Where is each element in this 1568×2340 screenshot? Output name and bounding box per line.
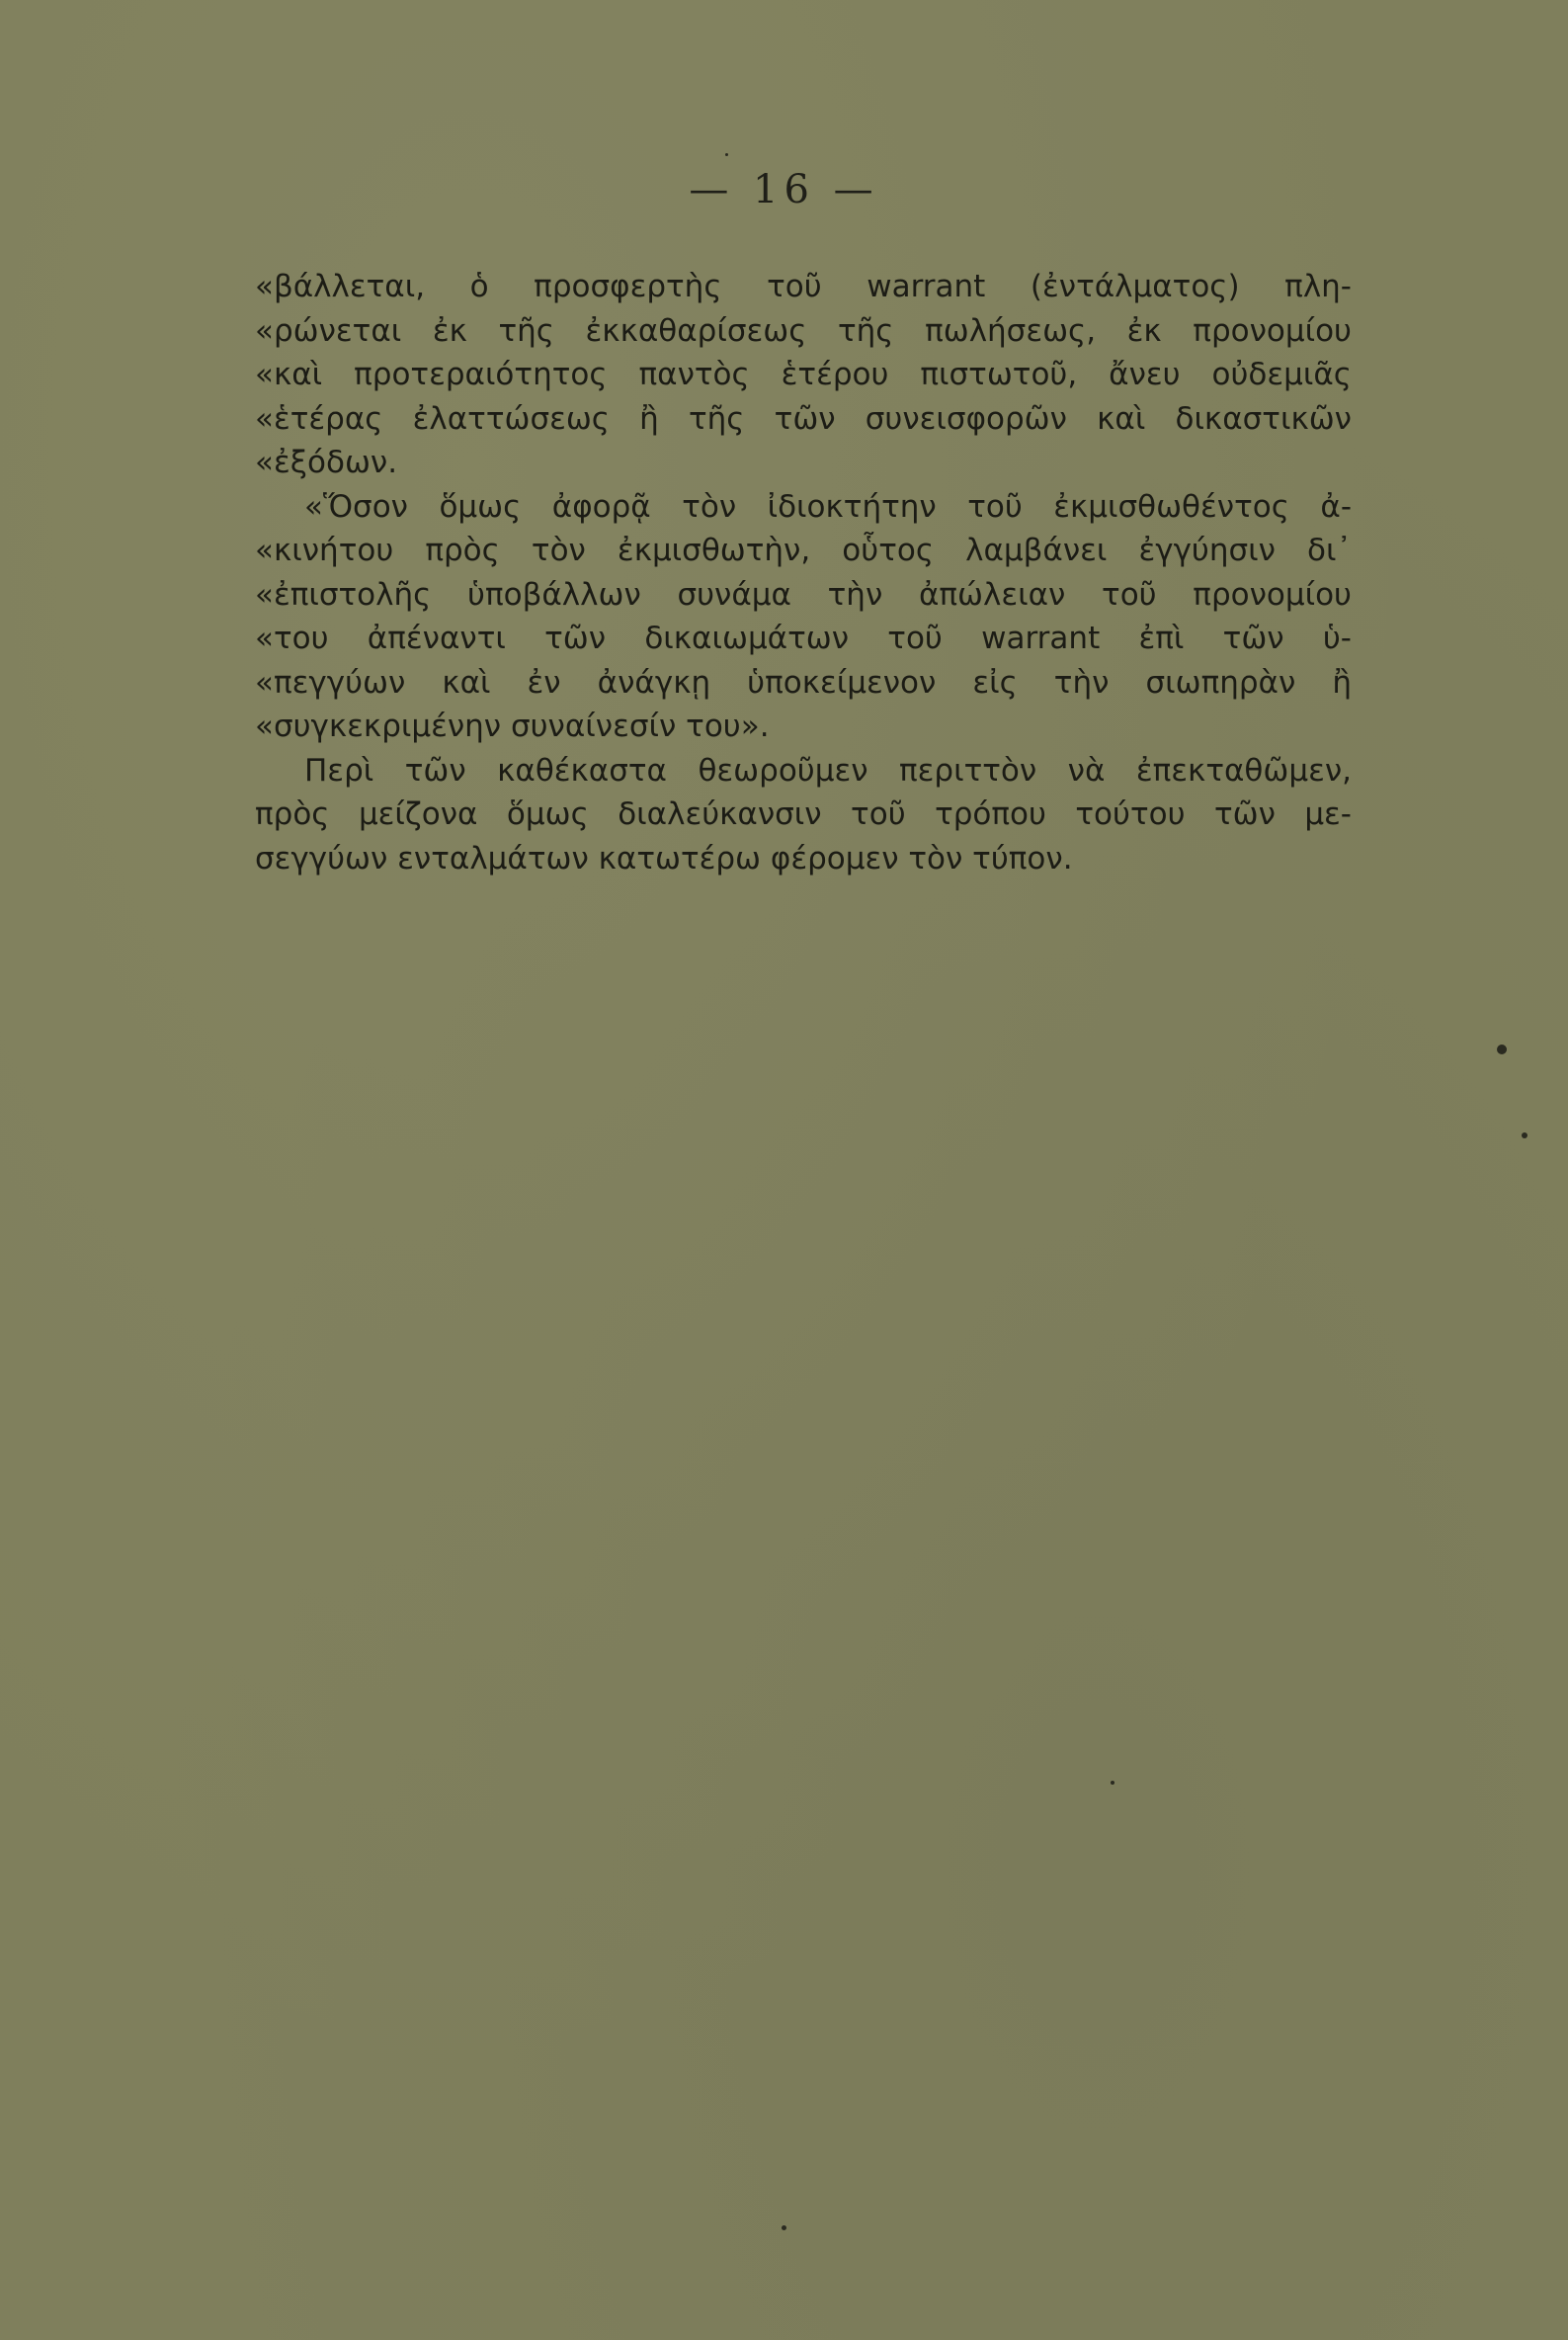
text-line: «ἑτέρας ἐλαττώσεως ἢ τῆς τῶν συνεισφορῶν… — [255, 397, 1352, 442]
text-line: Περὶ τῶν καθέκαστα θεωροῦμεν περιττὸν νὰ… — [255, 749, 1352, 794]
text-line: σεγγύων ενταλμάτων κατωτέρω φέρομεν τὸν … — [255, 837, 1352, 881]
text-line: «ἐξόδων. — [255, 441, 1352, 485]
paragraph-quote-continued: «βάλλεται, ὁ προσφερτὴς τοῦ warrant (ἐντ… — [255, 265, 1352, 485]
paper-speck-mark — [1522, 1132, 1527, 1138]
text-line: «κινήτου πρὸς τὸν ἐκμισθωτὴν, οὗτος λαμβ… — [255, 529, 1352, 573]
text-line: «ρώνεται ἐκ τῆς ἐκκαθαρίσεως τῆς πωλήσεω… — [255, 309, 1352, 354]
paragraph-conclusion: Περὶ τῶν καθέκαστα θεωροῦμεν περιττὸν νὰ… — [255, 749, 1352, 881]
text-line: «καὶ προτεραιότητος παντὸς ἑτέρου πιστωτ… — [255, 353, 1352, 397]
document-page: — 16 — «βάλλεται, ὁ προσφερτὴς τοῦ warra… — [0, 0, 1568, 2340]
page-number: — 16 — — [0, 170, 1568, 209]
paper-speck-mark — [782, 2225, 786, 2230]
text-line: «του ἀπέναντι τῶν δικαιωμάτων τοῦ warran… — [255, 617, 1352, 661]
body-text: «βάλλεται, ὁ προσφερτὴς τοῦ warrant (ἐντ… — [255, 265, 1352, 880]
paper-speck-mark — [1111, 1781, 1114, 1785]
paper-speck-mark — [725, 153, 728, 156]
text-line-segment: «βάλλεται, ὁ προσφερτὴς τοῦ warrant (ἐντ… — [255, 269, 1352, 304]
text-line: «ἐπιστολῆς ὑποβάλλων συνάμα τὴν ἀπώλειαν… — [255, 573, 1352, 618]
paper-speck-mark — [1497, 1045, 1507, 1054]
text-line: «συγκεκριμένην συναίνεσίν του». — [255, 705, 1352, 749]
text-line: «Ὅσον ὅμως ἀφορᾷ τὸν ἰδιοκτήτην τοῦ ἐκμι… — [255, 485, 1352, 530]
text-line: πρὸς μείζονα ὅμως διαλεύκανσιν τοῦ τρόπο… — [255, 793, 1352, 837]
paragraph-landlord-guarantee: «Ὅσον ὅμως ἀφορᾷ τὸν ἰδιοκτήτην τοῦ ἐκμι… — [255, 485, 1352, 749]
text-line: «πεγγύων καὶ ἐν ἀνάγκῃ ὑποκείμενον εἰς τ… — [255, 661, 1352, 706]
text-line: «βάλλεται, ὁ προσφερτὴς τοῦ warrant (ἐντ… — [255, 265, 1352, 309]
